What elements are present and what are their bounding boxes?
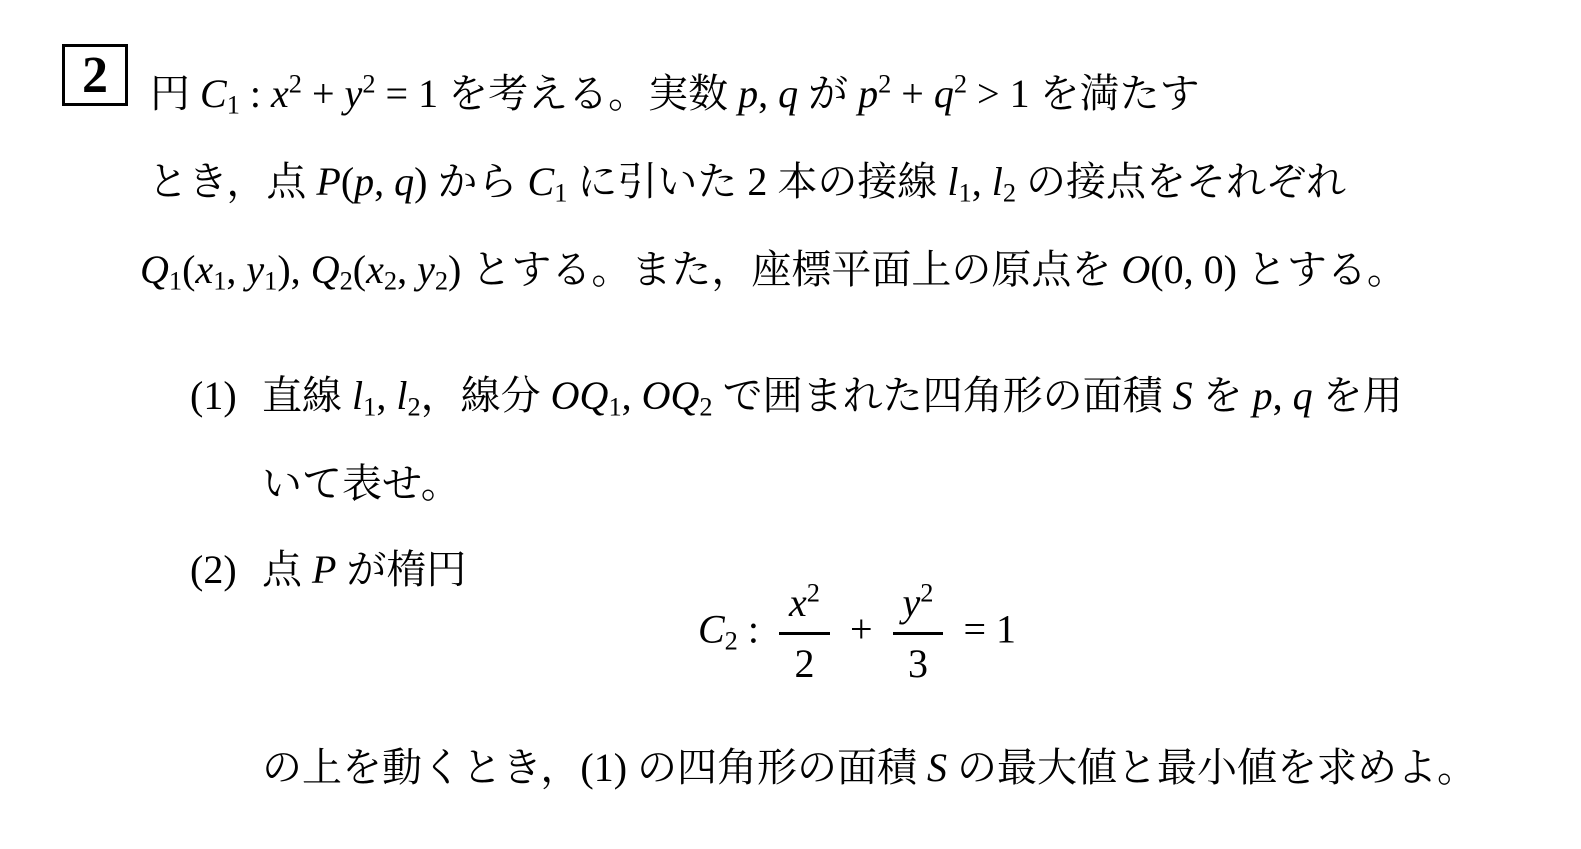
math-subscript: 1 xyxy=(264,266,277,296)
fraction-numerator: x2 xyxy=(779,582,830,632)
math-variable: l xyxy=(396,373,407,418)
math-number: > 1 xyxy=(967,71,1040,116)
math-variable: l xyxy=(947,159,958,204)
math-variable: p xyxy=(1253,373,1273,418)
fraction: y23 xyxy=(893,582,944,685)
text-run: の上を動くとき，(1) の四角形の面積 xyxy=(262,745,927,790)
math-number: ), xyxy=(277,247,310,292)
math-variable: p xyxy=(738,71,758,116)
math-subscript: 2 xyxy=(1003,178,1016,208)
text-run: いて表せ。 xyxy=(262,461,461,506)
text-run: を xyxy=(1193,373,1253,418)
math-subscript: 1 xyxy=(213,266,226,296)
math-variable: S xyxy=(927,745,947,790)
math-subscript: 1 xyxy=(554,178,567,208)
text-run: とき，点 xyxy=(148,159,316,204)
math-variable: C xyxy=(200,71,227,116)
math-variable: Q xyxy=(311,247,340,292)
text-run: とする。 xyxy=(1247,247,1407,292)
math-variable: q xyxy=(1293,373,1313,418)
math-number: , xyxy=(972,159,992,204)
math-number: + xyxy=(840,607,883,652)
math-number: , xyxy=(374,159,394,204)
math-number: ( xyxy=(341,159,354,204)
math-variable: p xyxy=(354,159,374,204)
math-subscript: 2 xyxy=(340,266,353,296)
fraction-denominator: 2 xyxy=(779,632,830,685)
math-superscript: 2 xyxy=(807,577,820,607)
math-subscript: 1 xyxy=(169,266,182,296)
math-number: , xyxy=(226,247,246,292)
text-run: とする。また，座標平面上の原点を xyxy=(471,247,1121,292)
text-run: に引いた 2 本の接線 xyxy=(567,159,947,204)
math-number: 2 xyxy=(794,641,814,686)
math-variable: P xyxy=(316,159,340,204)
problem-number-box: 2 xyxy=(62,44,128,106)
math-subscript: 2 xyxy=(384,266,397,296)
math-variable: y xyxy=(345,71,363,116)
math-superscript: 2 xyxy=(954,68,967,98)
math-superscript: 2 xyxy=(362,68,375,98)
math-variable: p xyxy=(858,71,878,116)
math-number: (0, 0) xyxy=(1150,247,1247,292)
math-variable: q xyxy=(394,159,414,204)
math-number: + xyxy=(302,71,345,116)
math-number: , xyxy=(1273,373,1293,418)
math-variable: Q xyxy=(140,247,169,292)
math-number: 3 xyxy=(908,641,928,686)
text-run: ，線分 xyxy=(421,373,551,418)
math-number: , xyxy=(622,373,642,418)
math-number: ) xyxy=(414,159,437,204)
math-subscript: 2 xyxy=(407,392,420,422)
intro-line-2: とき，点 P(p, q) から C1 に引いた 2 本の接線 l1, l2 の接… xyxy=(148,158,1346,206)
fraction: x22 xyxy=(779,582,830,685)
math-number: , xyxy=(397,247,417,292)
math-subscript: 1 xyxy=(608,392,621,422)
math-number: ( xyxy=(182,247,195,292)
text-run: の最大値と最小値を求めよ。 xyxy=(947,745,1477,790)
math-variable: q xyxy=(778,71,798,116)
math-variable: y xyxy=(903,580,921,625)
text-run: を考える。実数 xyxy=(448,71,738,116)
math-number: : xyxy=(240,71,271,116)
math-number: ) xyxy=(448,247,471,292)
problem-number: 2 xyxy=(82,46,108,105)
math-superscript: 2 xyxy=(878,68,891,98)
math-variable: O xyxy=(1121,247,1150,292)
intro-line-3: Q1(x1, y1), Q2(x2, y2) とする。また，座標平面上の原点を … xyxy=(140,246,1407,294)
text-run: の接点をそれぞれ xyxy=(1016,159,1346,204)
math-variable: C xyxy=(528,159,555,204)
math-subscript: 2 xyxy=(699,392,712,422)
part2-label: (2) xyxy=(190,546,262,594)
math-subscript: 1 xyxy=(227,90,240,120)
part1-line-2: いて表せ。 xyxy=(262,460,461,508)
part1-label: (1) xyxy=(190,372,262,420)
math-variable: x xyxy=(271,71,289,116)
math-problem-page: 2 円 C1 : x2 + y2 = 1 を考える。実数 p, q が p2 +… xyxy=(0,0,1581,849)
text-run: から xyxy=(438,159,528,204)
math-variable: OQ xyxy=(642,373,700,418)
math-number: = 1 xyxy=(953,607,1016,652)
text-run: を満たす xyxy=(1040,71,1200,116)
math-variable: l xyxy=(352,373,363,418)
math-number: , xyxy=(376,373,396,418)
intro-line-1: 円 C1 : x2 + y2 = 1 を考える。実数 p, q が p2 + q… xyxy=(150,70,1200,118)
math-subscript: 2 xyxy=(435,266,448,296)
math-variable: l xyxy=(992,159,1003,204)
fraction-denominator: 3 xyxy=(893,632,944,685)
math-superscript: 2 xyxy=(289,68,302,98)
math-number: + xyxy=(891,71,934,116)
math-subscript: 1 xyxy=(363,392,376,422)
fraction-numerator: y2 xyxy=(893,582,944,632)
math-variable: x xyxy=(195,247,213,292)
math-superscript: 2 xyxy=(920,577,933,607)
math-number: ( xyxy=(353,247,366,292)
text-run: で囲まれた四角形の面積 xyxy=(713,373,1173,418)
text-run: 円 xyxy=(150,71,200,116)
part1-text: 直線 l1, l2，線分 OQ1, OQ2 で囲まれた四角形の面積 S を p,… xyxy=(262,373,1403,418)
text-run: が xyxy=(798,71,858,116)
math-subscript: 2 xyxy=(725,625,738,655)
math-variable: OQ xyxy=(551,373,609,418)
math-variable: x xyxy=(789,580,807,625)
math-variable: S xyxy=(1173,373,1193,418)
part2-line-2: の上を動くとき，(1) の四角形の面積 S の最大値と最小値を求めよ。 xyxy=(262,744,1477,792)
part1-line-1: (1)直線 l1, l2，線分 OQ1, OQ2 で囲まれた四角形の面積 S を… xyxy=(190,372,1403,420)
math-variable: y xyxy=(417,247,435,292)
math-variable: x xyxy=(366,247,384,292)
math-variable: C xyxy=(698,607,725,652)
math-number: = 1 xyxy=(376,71,449,116)
math-subscript: 1 xyxy=(959,178,972,208)
math-variable: q xyxy=(934,71,954,116)
text-run: を用 xyxy=(1313,373,1403,418)
math-number: : xyxy=(738,607,769,652)
math-variable: y xyxy=(246,247,264,292)
text-run: 直線 xyxy=(262,373,352,418)
ellipse-equation: C2 : x22 + y23 = 1 xyxy=(262,582,1452,685)
math-number: , xyxy=(758,71,778,116)
